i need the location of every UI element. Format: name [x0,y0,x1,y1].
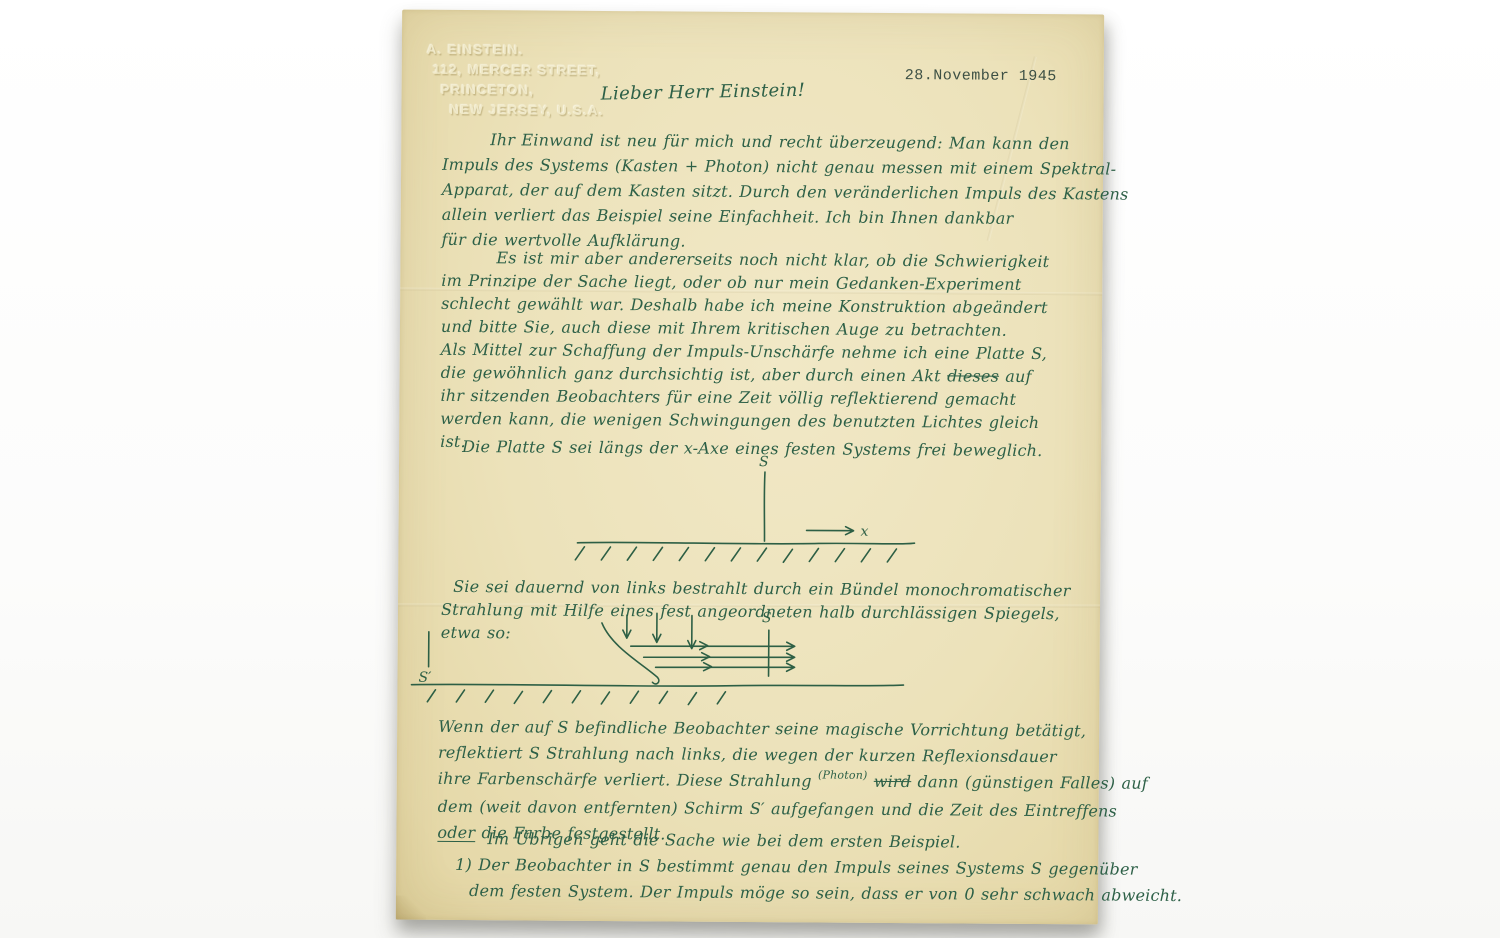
corner-fold [396,896,426,920]
letter-line: Strahlung mit Hilfe eines fest angeordne… [441,598,1101,626]
letterhead-state: NEW JERSEY, U.S.A. [449,100,604,121]
paragraph-irradiation: Sie sei dauernd von links bestrahlt durc… [439,575,1101,649]
ground-hatching [575,547,896,563]
letterhead-city: PRINCETON, [441,80,605,101]
ray-3-mid-arrow [704,663,712,671]
paragraph-plate-setup: Die Platte S sei längs der x-Axe eines f… [440,434,1102,464]
letter-word-strike: dieses [947,366,999,385]
embossed-letterhead: A. EINSTEIN. 112, MERCER STREET, PRINCET… [426,40,604,121]
ground-line [411,682,903,688]
diagram1-axis-label: x [860,524,868,540]
horizontal-ray-3 [656,666,794,668]
typed-date: 28.November 1945 [905,67,1057,85]
paragraph-objection: Ihr Einwand ist neu für mich und recht ü… [441,127,1104,257]
ray-2-end-arrow [787,653,795,661]
letter-word-sup: (Photon) [818,768,868,781]
x-axis-arrowhead [846,527,854,535]
ground-hatching [427,690,725,705]
paragraph-new-construction: Es ist mir aber andererseits noch nicht … [440,246,1103,458]
horizontal-ray-2 [644,656,794,658]
paragraph-first-step: Im Übrigen geht die Sache wie bei dem er… [437,826,1100,909]
ray-3-end-arrow [787,663,795,671]
ray-2-mid-arrow [702,653,710,661]
diagram-plate-on-ground: S x [568,451,959,576]
letter-line: Die Platte S sei längs der x-Axe eines f… [462,434,1102,463]
scan-background: A. EINSTEIN. 112, MERCER STREET, PRINCET… [0,0,1500,938]
letter-text: die gewöhnlich ganz durchsichtig ist, ab… [441,363,948,386]
letter-line: werden kann, die wenigen Schwingungen de… [440,407,1102,435]
ground-line [577,541,914,545]
letter-word-strike: wird [874,772,912,791]
plate-line [764,472,765,541]
letter-text: dann (günstigen Falles) auf [911,772,1148,793]
letter-paper: A. EINSTEIN. 112, MERCER STREET, PRINCET… [396,10,1104,925]
diagram2-left-plate-label: S′ [418,670,432,686]
letter-text: auf [999,367,1032,386]
letter-line: dem festen System. Der Impuls möge so se… [469,878,1099,908]
salutation: Lieber Herr Einstein! [600,80,805,105]
letter-text: ihre Farbenschärfe verliert. Diese Strah… [438,769,818,791]
letterhead-street: 112, MERCER STREET, [433,60,605,81]
letterhead-name: A. EINSTEIN. [427,40,605,61]
letter-line: etwa so: [441,621,1101,649]
